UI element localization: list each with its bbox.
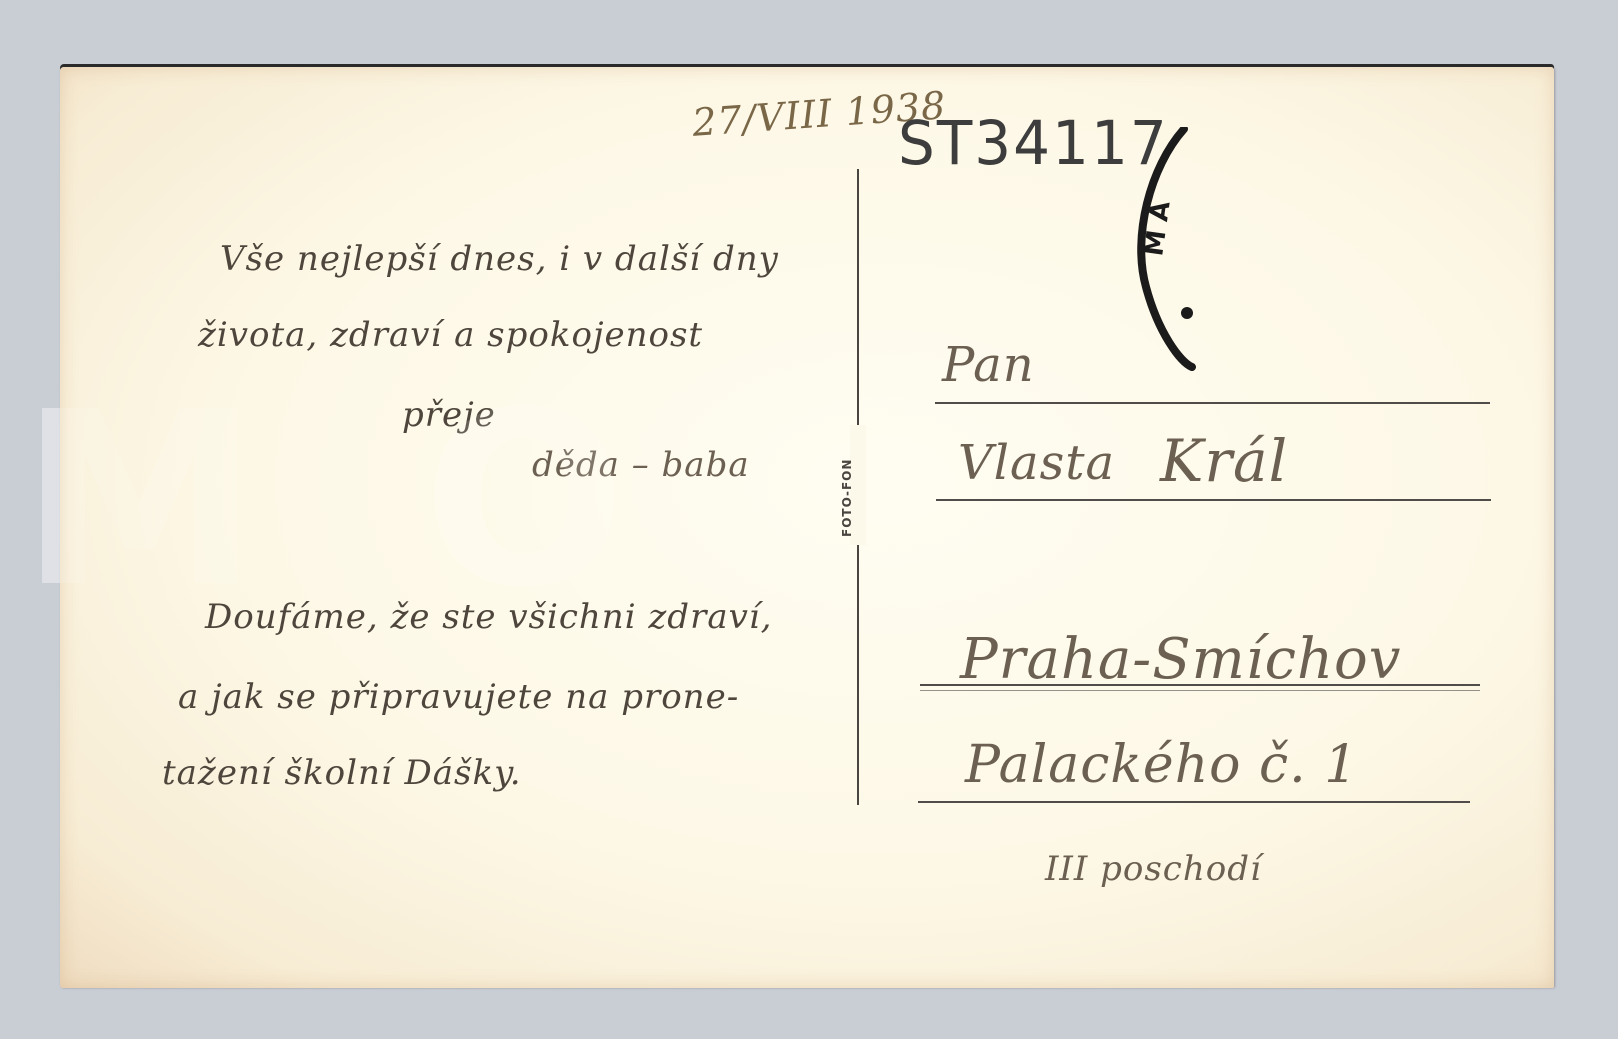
address-line-2	[936, 499, 1491, 501]
address-name-last: Král	[1160, 427, 1288, 495]
message-line-3: přeje	[402, 395, 496, 435]
address-salutation: Pan	[942, 337, 1035, 393]
message-line-2: života, zdraví a spokojenost	[198, 315, 703, 355]
address-city: Praha-Smíchov	[960, 627, 1401, 692]
message-line-5: a jak se připravujete na prone-	[178, 677, 739, 717]
address-line-1	[935, 402, 1490, 404]
postmark-icon: M A	[1080, 127, 1360, 377]
publisher-imprint: FOTO-FON	[840, 459, 854, 537]
postmark-text: M A	[1139, 199, 1176, 258]
message-line-6: tažení školní Dášky.	[162, 753, 522, 793]
address-line-4	[918, 801, 1470, 803]
address-name-first: Vlasta	[958, 435, 1115, 491]
address-street: Palackého č. 1	[965, 735, 1358, 795]
postcard-back: 27/VIII 1938 ST34117 M A Vše nejlepší dn…	[60, 67, 1554, 988]
address-line-3b	[920, 690, 1480, 691]
signature: děda – baba	[532, 445, 750, 485]
message-line-1: Vše nejlepší dnes, i v další dny	[220, 239, 779, 279]
address-floor: III poschodí	[1045, 849, 1262, 889]
message-line-4: Doufáme, že ste všichni zdraví,	[205, 597, 772, 637]
address-line-3	[920, 684, 1480, 686]
